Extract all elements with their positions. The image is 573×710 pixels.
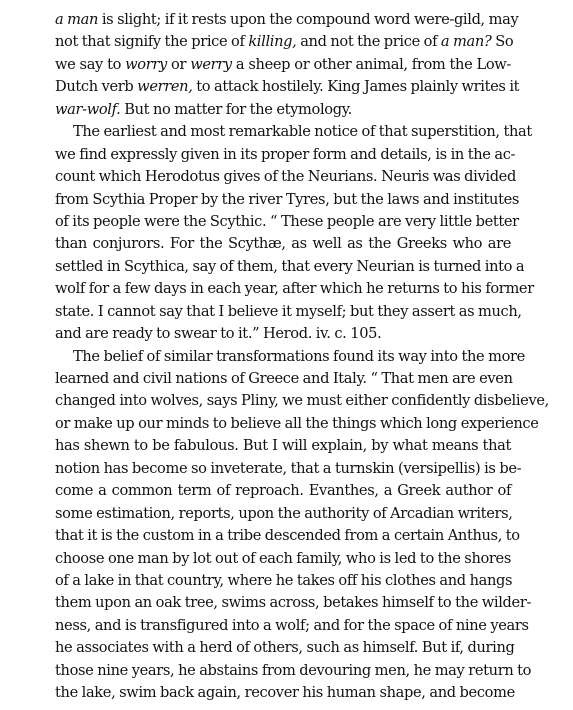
text-segment: has shewn to be fabulous. But I will exp… — [55, 437, 511, 454]
text-segment: state. I cannot say that I believe it my… — [55, 303, 522, 320]
text-segment: is slight; if it rests upon the compound… — [98, 11, 518, 28]
text-segment: and not the price of — [296, 33, 441, 50]
text-line: come a common term of reproach. Evanthes… — [55, 480, 511, 502]
text-line: he associates with a herd of others, suc… — [55, 637, 511, 659]
text-line: than conjurors. For the Scythæ, as well … — [55, 233, 511, 255]
text-line: war-wolf. But no matter for the etymolog… — [55, 99, 511, 121]
text-segment: not that signify the price of — [55, 33, 248, 50]
text-segment: But no matter for the etymology. — [120, 101, 352, 118]
text-line: settled in Scythica, say of them, that e… — [55, 256, 511, 278]
paragraph: The belief of similar transformations fo… — [55, 346, 511, 705]
italic-text: killing, — [248, 33, 296, 50]
text-segment: of a lake in that country, where he take… — [55, 572, 512, 589]
text-line: learned and civil nations of Greece and … — [55, 368, 511, 390]
text-segment: the lake, swim back again, recover his h… — [55, 684, 515, 701]
text-line: and are ready to swear to it.” Herod. iv… — [55, 323, 511, 345]
text-segment: or — [167, 56, 190, 73]
text-line: those nine years, he abstains from devou… — [55, 660, 511, 682]
text-segment: them upon an oak tree, swims across, bet… — [55, 594, 531, 611]
text-segment: of its people were the Scythic. “ These … — [55, 213, 519, 230]
text-segment: So — [491, 33, 513, 50]
text-line: of a lake in that country, where he take… — [55, 570, 511, 592]
text-segment: from Scythia Proper by the river Tyres, … — [55, 191, 519, 208]
text-segment: count which Herodotus gives of the Neuri… — [55, 168, 516, 185]
text-line: has shewn to be fabulous. But I will exp… — [55, 435, 511, 457]
text-segment: wolf for a few days in each year, after … — [55, 280, 534, 297]
text-segment: and are ready to swear to it.” Herod. iv… — [55, 325, 381, 342]
text-segment: changed into wolves, says Pliny, we must… — [55, 392, 549, 409]
text-segment: to attack hostilely. King James plainly … — [192, 78, 519, 95]
text-line: state. I cannot say that I believe it my… — [55, 301, 511, 323]
document-page: a man is slight; if it rests upon the co… — [55, 9, 511, 705]
italic-text: a man? — [441, 33, 492, 50]
text-segment: we find expressly given in its proper fo… — [55, 146, 515, 163]
paragraph: a man is slight; if it rests upon the co… — [55, 9, 511, 121]
text-segment: notion has become so inveterate, that a … — [55, 460, 521, 477]
italic-text: a man — [55, 11, 98, 28]
text-line: Dutch verb werren, to attack hostilely. … — [55, 76, 511, 98]
text-line: changed into wolves, says Pliny, we must… — [55, 390, 511, 412]
text-segment: learned and civil nations of Greece and … — [55, 370, 513, 387]
text-segment: than conjurors. For the Scythæ, as well … — [55, 235, 511, 252]
text-line: choose one man by lot out of each family… — [55, 548, 511, 570]
text-segment: settled in Scythica, say of them, that e… — [55, 258, 524, 275]
italic-text: werren, — [137, 78, 192, 95]
text-segment: a sheep or other animal, from the Low- — [232, 56, 511, 73]
text-line: a man is slight; if it rests upon the co… — [55, 9, 511, 31]
italic-text: war-wolf. — [55, 101, 120, 118]
text-line: ness, and is transfigured into a wolf; a… — [55, 615, 511, 637]
text-line: The belief of similar transformations fo… — [55, 346, 511, 368]
text-segment: The earliest and most remarkable notice … — [73, 123, 532, 140]
text-segment: come a common term of reproach. Evanthes… — [55, 482, 511, 499]
italic-text: worry — [125, 56, 167, 73]
text-line: wolf for a few days in each year, after … — [55, 278, 511, 300]
text-segment: or make up our minds to believe all the … — [55, 415, 539, 432]
text-segment: he associates with a herd of others, suc… — [55, 639, 515, 656]
italic-text: werry — [190, 56, 232, 73]
text-line: of its people were the Scythic. “ These … — [55, 211, 511, 233]
text-segment: we say to — [55, 56, 125, 73]
text-line: not that signify the price of killing, a… — [55, 31, 511, 53]
text-segment: The belief of similar transformations fo… — [73, 348, 525, 365]
text-line: them upon an oak tree, swims across, bet… — [55, 592, 511, 614]
text-segment: some estimation, reports, upon the autho… — [55, 505, 513, 522]
text-line: from Scythia Proper by the river Tyres, … — [55, 189, 511, 211]
text-line: count which Herodotus gives of the Neuri… — [55, 166, 511, 188]
text-segment: those nine years, he abstains from devou… — [55, 662, 531, 679]
text-line: notion has become so inveterate, that a … — [55, 458, 511, 480]
text-segment: ness, and is transfigured into a wolf; a… — [55, 617, 529, 634]
text-segment: that it is the custom in a tribe descend… — [55, 527, 520, 544]
text-segment: Dutch verb — [55, 78, 137, 95]
paragraph: The earliest and most remarkable notice … — [55, 121, 511, 345]
text-line: the lake, swim back again, recover his h… — [55, 682, 511, 704]
text-line: that it is the custom in a tribe descend… — [55, 525, 511, 547]
text-segment: choose one man by lot out of each family… — [55, 550, 511, 567]
text-line: some estimation, reports, upon the autho… — [55, 503, 511, 525]
text-line: we find expressly given in its proper fo… — [55, 144, 511, 166]
text-line: or make up our minds to believe all the … — [55, 413, 511, 435]
text-line: we say to worry or werry a sheep or othe… — [55, 54, 511, 76]
text-line: The earliest and most remarkable notice … — [55, 121, 511, 143]
